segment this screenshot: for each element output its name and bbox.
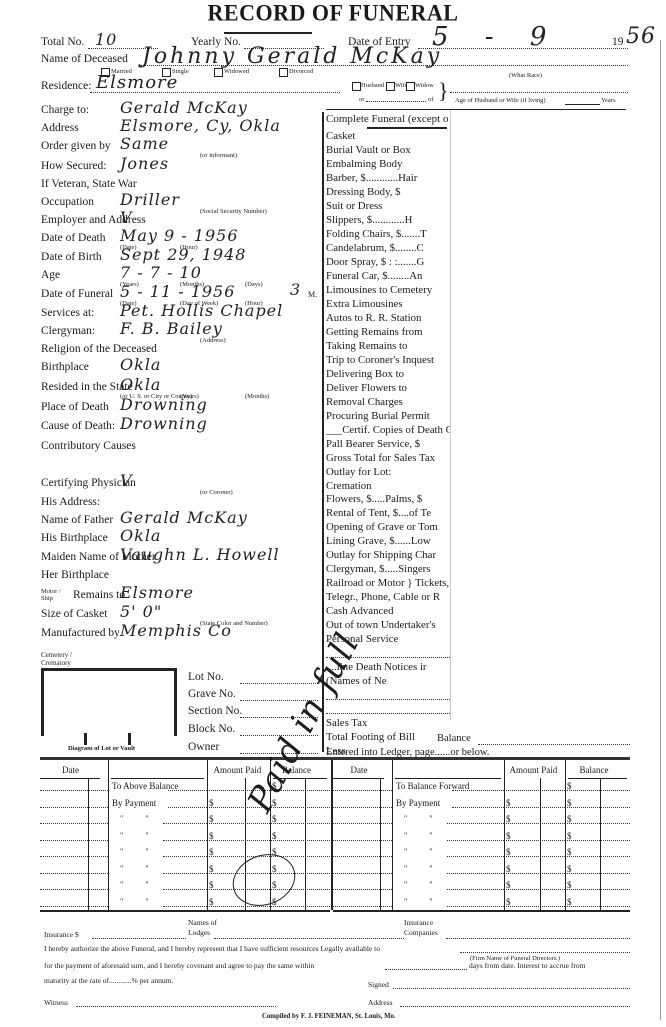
name-of-deceased-label: Name of Deceased [41,53,128,65]
meridiem: M. [308,290,317,299]
ledger-date-cell[interactable] [333,790,392,791]
ledger-balance-cell[interactable] [565,840,630,841]
compiled-by: Compiled by F. J. FEINEMAN, St. Louis, M… [262,1013,396,1020]
amount-currency: $ [209,897,214,907]
charge-line-item: Outlay for Lot: [326,466,450,478]
charge-line-item: Out of town Undertaker's [326,619,450,631]
field-line [41,355,318,356]
address-line[interactable] [400,1006,630,1007]
signed-line[interactable] [393,988,630,989]
ledger-desc-line [447,873,504,874]
amount-currency: $ [506,847,511,857]
ledger-description: " " [120,831,159,840]
charge-line-item: Casket [326,130,450,142]
cropped-edge [450,110,451,720]
field-label: Manufactured by [41,627,120,639]
amount-currency: $ [209,880,214,890]
widow-label: Widow [415,82,434,89]
charge-line-item: Outlay for Shipping Char [326,549,450,561]
ledger-balance-cell[interactable] [565,807,630,808]
field-note: (or Coroner) [200,489,233,496]
ledger-description: " " [404,847,443,856]
ledger-description: " " [120,847,159,856]
field-label: His Birthplace [41,532,108,544]
charge-line-item: Dressing Body, $ [326,186,450,198]
days-line [385,969,467,970]
title-underline [224,32,312,34]
charge-line-item: Flowers, $.....Palms, $ [326,493,450,505]
or-label: or [359,96,364,103]
widowed-label: Widowed [224,68,249,75]
ledger-balance-cell[interactable] [565,889,630,890]
remains-prefix: Motor / Ship [41,588,61,602]
widow-checkbox[interactable] [406,82,415,91]
diagram-caption: Diagram of Lot or Vault [68,745,135,752]
charge-line-item: Telegr., Phone, Cable or R [326,591,450,603]
ledger-desc-line [447,840,504,841]
charges-header-rule [367,127,447,129]
charge-line-item: Delivering Box to [326,368,450,380]
charge-line-item: Taking Remains to [326,340,450,352]
field-value[interactable]: Drowning [120,395,208,414]
ledger-desc-line [447,823,504,824]
ledger-description: " " [120,897,159,906]
form-title: RECORD OF FUNERAL [0,0,666,27]
ledger-bottom-rule [40,910,330,912]
ledger-date-cell[interactable] [333,807,392,808]
field-value[interactable]: Pet. Hollis Chapel [120,301,283,320]
field-value[interactable]: May 9 - 1956 [120,226,239,245]
charge-line-item: Gross Total for Sales Tax [326,452,450,464]
balance-currency: $ [567,897,572,907]
ledger-amount-cell[interactable] [504,906,565,907]
charge-line-item: Autos to R. R. Station [326,312,450,324]
field-note: (Social Security Number) [200,208,267,215]
field-label: Clergyman: [41,325,95,337]
amount-currency: $ [209,798,214,808]
companies-label: Insurance Companies [404,918,454,938]
ledger-balance-cell[interactable] [565,906,630,907]
ledger-header-rule [111,778,204,779]
ledger-balance-cell[interactable] [565,790,630,791]
signed-label: Signed [368,980,389,989]
ledger-subcolumn-rule [540,778,541,910]
field-value[interactable]: V [120,471,133,490]
charge-line-item: Slippers, $............H [326,214,450,226]
lodges-label: Names of Lodges [188,918,218,938]
field-value[interactable]: Okla [120,526,161,545]
field-value[interactable]: Same [120,134,169,153]
field-value[interactable]: 5 - 11 - 1956 [120,282,235,301]
ledger-desc-line [163,823,207,824]
ledger-header: Date [351,765,368,775]
ledger-description: By Payment [396,798,440,808]
of-label: of [428,96,433,103]
field-label: Cause of Death: [41,420,115,432]
balance-label: Balance [437,733,471,744]
ledger-date-cell[interactable] [333,840,392,841]
field-label: Date of Death [41,232,106,244]
charge-line-item: Trip to Coroner's Inquest [326,354,450,366]
ledger-desc-line [447,906,504,907]
lot-diagram[interactable] [41,668,177,736]
diagram-left-notch [84,733,87,745]
field-value[interactable]: Memphis Co [120,621,232,640]
date-of-entry-value[interactable]: 5 - 9 [432,22,560,52]
ledger-amount-cell[interactable] [504,889,565,890]
ledger-date-cell[interactable] [40,856,108,857]
ledger-date-cell[interactable] [40,906,108,907]
charge-line-item: Clergyman, $.....Singers [326,563,450,575]
ledger-amount-cell[interactable] [207,840,270,841]
ledger-column-rule [392,760,393,910]
ledger-amount-cell[interactable] [504,873,565,874]
lot-field-label: Section No. [188,705,242,717]
diagram-right-notch [128,733,131,745]
field-value[interactable]: Elsmore, Cy, Okla [120,116,281,135]
amount-currency: $ [209,814,214,824]
or-line [366,101,426,102]
total-no-value[interactable]: 10 [95,30,117,49]
ledger-header-rule [395,778,501,779]
residence-label: Residence: [41,80,91,92]
charge-line-item: Extra Limousines [326,298,450,310]
field-value[interactable]: Sept 29, 1948 [120,245,246,264]
ledger-desc-line [168,790,207,791]
field-label: His Address: [41,496,100,508]
charge-line-item: Burial Vault or Box [326,144,450,156]
field-line [41,452,318,453]
divorced-label: Divorced [289,68,313,75]
amount-currency: $ [506,864,511,874]
field-value[interactable]: Jones [120,154,169,173]
charge-line-item: Sales Tax [326,717,450,729]
brace: } [438,80,449,102]
years-line [565,104,600,105]
field-label: Charge to: [41,104,89,116]
lot-field-label: Lot No. [188,671,224,683]
lot-field-label: Owner [188,741,219,753]
charges-header: Complete Funeral (except o [326,113,449,125]
field-label: Date of Funeral [41,288,113,300]
page-edge [660,40,661,1020]
charge-line-item: Deliver Flowers to [326,382,450,394]
charge-line-item: Barber, $............Hair [326,172,450,184]
ledger-desc-line [452,790,504,791]
ledger-date-cell[interactable] [333,889,392,890]
charge-line-item: Opening of Grave or Tom [326,521,450,533]
ledger-description: By Payment [112,798,156,808]
charge-line-item: Embalming Body [326,158,450,170]
ledger-date-cell[interactable] [333,873,392,874]
ledger-date-cell[interactable] [40,840,108,841]
field-note: (Days) [245,281,263,288]
field-value[interactable]: 7 - 7 - 10 [120,263,202,282]
ledger-date-cell[interactable] [333,856,392,857]
firm-line [460,952,630,953]
field-note: (Months) [245,393,269,400]
ledger-header: Amount Paid [510,765,558,775]
field-value[interactable]: F. B. Bailey [120,319,223,338]
ledger-bottom-rule [333,910,630,912]
ledger-balance-cell[interactable] [270,906,330,907]
ledger-desc-line [168,807,207,808]
ledger-balance-cell[interactable] [565,856,630,857]
total-no-label: Total No. [41,36,84,48]
charge-line-item: Cash Advanced [326,605,450,617]
age-spouse-label: Age of Husband or Wife (if living) [455,97,546,104]
ledger-header: Date [62,765,79,775]
ledger-date-cell[interactable] [40,790,108,791]
charge-line-item: Getting Remains from [326,326,450,338]
charge-line-item: Procuring Burial Permit [326,410,450,422]
payment-text: for the payment of aforesaid sum, and I … [44,961,314,970]
field-label: Her Birthplace [41,569,109,581]
ledger-desc-line [163,889,207,890]
ledger-desc-line [447,889,504,890]
authorize-text: I hereby authorize the above Funeral, an… [44,944,380,953]
field-label: Services at: [41,307,94,319]
ledger-description: " " [120,880,159,889]
ledger-header-rule [568,778,627,779]
field-label: Resided in the State [41,381,133,393]
what-race-label: (What Race) [509,72,542,79]
ledger-amount-cell[interactable] [207,823,270,824]
amount-currency: $ [209,847,214,857]
field-value[interactable]: Drowning [120,414,208,433]
field-value[interactable]: 5' 0" [120,602,162,621]
amount-currency: $ [506,880,511,890]
ledger-date-cell[interactable] [40,889,108,890]
charge-line-item: Railroad or Motor } Tickets, $ [326,577,450,589]
charge-line-item: Folding Chairs, $.......T [326,228,450,240]
ledger-subcolumn-rule [380,778,381,910]
maturity-text: maturity at the rate of............% per… [44,976,173,985]
charge-line-item: Removal Charges [326,396,450,408]
balance-currency: $ [567,831,572,841]
divorced-checkbox[interactable] [279,68,288,77]
ledger-description: " " [404,814,443,823]
field-label: Occupation [41,196,94,208]
name-of-deceased-value[interactable]: Johnny Gerald McKay [142,44,442,69]
ledger-date-cell[interactable] [40,873,108,874]
amount-currency: $ [506,814,511,824]
ledger-balance-cell[interactable] [270,840,330,841]
field-line [41,489,318,490]
charge-line-item: Candelabrum, $........C [326,242,450,254]
ledger-column-rule [504,760,505,910]
ledger-center-rule [331,760,333,910]
field-line [41,152,318,153]
husband-label: Husband [361,82,384,89]
ledger-desc-line [163,873,207,874]
ledger-amount-cell[interactable] [504,790,565,791]
lot-field-label: Grave No. [188,688,236,700]
address-label: Address [368,998,393,1007]
charge-line-item: Limousines to Cemetery [326,284,450,296]
spouse-line [450,92,628,93]
field-value[interactable]: Vaughn L. Howell [120,545,280,564]
ledger-amount-cell[interactable] [504,840,565,841]
field-label: How Secured: [41,160,106,172]
ledger-subcolumn-rule [305,778,306,910]
charge-line-item: Funeral Car, $........An [326,270,450,282]
amount-currency: $ [209,864,214,874]
year-prefix: 19 [612,36,624,48]
field-label: Size of Casket [41,608,107,620]
field-line [41,663,318,664]
ledger-column-rule [565,760,566,910]
witness-line[interactable] [76,1006,276,1007]
ledger-column-rule [108,760,109,910]
ledger-amount-cell[interactable] [504,823,565,824]
ledger-column-rule [207,760,208,910]
lot-field-label: Block No. [188,723,235,735]
charge-line-item: Lining Grave, $......Low [326,535,450,547]
charge-line-item [326,703,450,714]
header-rule [326,109,626,110]
field-value[interactable]: Okla [120,375,161,394]
companies-line [446,938,630,939]
field-label: Contributory Causes [41,440,136,452]
ledger-description: " " [404,880,443,889]
field-value[interactable]: V [120,208,133,227]
ledger-subcolumn-rule [88,778,89,910]
ledger-desc-line [163,840,207,841]
insurance-line [92,938,186,939]
balance-currency: $ [567,847,572,857]
ledger-balance-cell[interactable] [565,873,630,874]
field-note: (or informant) [200,152,237,159]
residence-value[interactable]: Elsmore [96,72,178,93]
ledger-desc-line [447,856,504,857]
field-label: Address [41,122,79,134]
ledger-subcolumn-rule [600,778,601,910]
ledger-header: Balance [580,765,609,775]
field-label: If Veteran, State War [41,178,137,190]
charge-line-item [326,689,450,700]
balance-currency: $ [567,781,572,791]
days-text: days from date. Interest to accrue from [469,961,585,970]
ledger-date-cell[interactable] [333,906,392,907]
field-label: Order given by [41,140,111,152]
charge-line-item: Suit or Dress [326,200,450,212]
field-line [41,172,318,173]
field-label: Place of Death [41,401,109,413]
field-label: Name of Father [41,514,113,526]
charge-line-item: Total Footing of Bill [326,731,450,743]
balance-currency: $ [567,814,572,824]
field-label: Birthplace [41,361,89,373]
field-value[interactable]: Okla [120,355,161,374]
ledger-balance-cell[interactable] [565,823,630,824]
balance-line [478,744,630,745]
ledger-desc-line [163,906,207,907]
charge-line-item: Door Spray, $ : :.......G [326,256,450,268]
field-label: Cemetery / Crematory [41,651,81,667]
balance-currency: $ [272,831,277,841]
field-value[interactable]: Gerald McKay [120,508,248,527]
widowed-checkbox[interactable] [214,68,223,77]
ledger-date-cell[interactable] [40,807,108,808]
ledger-description: " " [404,831,443,840]
field-value[interactable]: Elsmore [120,583,194,602]
balance-currency: $ [567,798,572,808]
ledger-amount-cell[interactable] [504,807,565,808]
year-value[interactable]: 56 [626,24,656,49]
field-line [41,471,318,472]
ledger-header-rule [40,778,100,779]
field-note: (Address) [200,337,226,344]
ledger-date-cell[interactable] [40,823,108,824]
ledger-description: " " [120,864,159,873]
ledger-header-rule [333,778,384,779]
field-label: Remains to [73,589,125,601]
ledger-amount-cell[interactable] [504,856,565,857]
funeral-hour[interactable]: 3 [290,280,301,299]
amount-currency: $ [209,831,214,841]
field-label: Date of Birth [41,251,102,263]
field-line [41,581,318,582]
balance-currency: $ [567,880,572,890]
charge-line-item: Cremation [326,480,450,492]
witness-label: Witness [44,998,68,1007]
field-line [41,373,318,374]
amount-currency: $ [506,798,511,808]
ledger-desc-line [163,856,207,857]
balance-currency: $ [567,864,572,874]
insurance-label: Insurance $ [44,930,79,939]
field-value[interactable]: Gerald McKay [120,98,248,117]
ledger-description: " " [120,814,159,823]
ledger-balance-cell[interactable] [270,823,330,824]
ledger-desc-line [452,807,504,808]
lodges-line [214,938,404,939]
wife-checkbox[interactable] [386,82,395,91]
charge-line-item: Rental of Tent, $....of Te [326,507,450,519]
amount-currency: $ [506,897,511,907]
field-label: Age [41,269,60,281]
charge-line-item: Pall Bearer Service, $ [326,438,450,450]
ledger-top-rule [40,757,630,760]
ledger-description: " " [404,897,443,906]
years-label: Years [601,97,616,104]
field-value[interactable]: Driller [120,190,180,209]
ledger-date-cell[interactable] [333,823,392,824]
amount-currency: $ [506,831,511,841]
charge-line-item: ___Certif. Copies of Death C [326,424,450,436]
ledger-description: " " [404,864,443,873]
husband-checkbox[interactable] [352,82,361,91]
field-label: Religion of the Deceased [41,343,157,355]
